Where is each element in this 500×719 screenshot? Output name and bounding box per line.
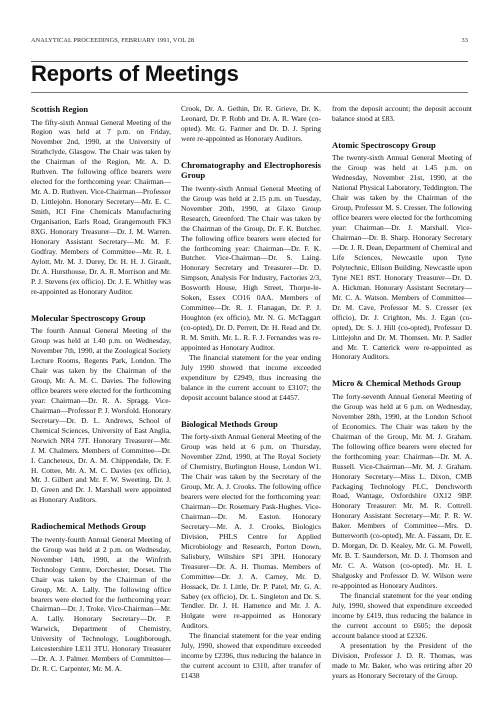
page-title: Reports of Meetings [31, 61, 239, 87]
section-heading: Biological Methods Group [181, 419, 321, 430]
section-scottish-region: Scottish Region The fifty-sixth Annual G… [31, 104, 171, 297]
section-heading: Chromatography and Electrophoresis Group [181, 160, 321, 181]
paragraph: The fifty-sixth Annual General Meeting o… [31, 118, 171, 297]
section-heading: Micro & Chemical Methods Group [332, 378, 472, 389]
paragraph: The financial statement for the year end… [181, 353, 321, 403]
section-heading: Radiochemical Methods Group [31, 521, 171, 532]
section-micro-chemical-methods: Micro & Chemical Methods Group The forty… [332, 378, 472, 680]
column-2: Crook, Dr. A. Gethin, Dr. R. Grieve, Dr.… [181, 104, 321, 692]
paragraph: The twenty-sixth Annual General Meeting … [181, 184, 321, 353]
section-radiochemical-methods: Radiochemical Methods Group The twenty-f… [31, 521, 171, 674]
paragraph: The financial statement for the year end… [332, 591, 472, 641]
section-heading: Scottish Region [31, 104, 171, 115]
section-molecular-spectroscopy: Molecular Spectroscopy Group The fourth … [31, 313, 171, 506]
section-biological-continued: from the deposit account; the deposit ac… [332, 104, 472, 124]
paragraph: The twenty-fourth Annual General Meeting… [31, 535, 171, 674]
section-chromatography-electrophoresis: Chromatography and Electrophoresis Group… [181, 160, 321, 403]
paragraph: The twenty-sixth Annual General Meeting … [332, 153, 472, 362]
paragraph: The fourth Annual General Meeting of the… [31, 326, 171, 505]
section-radiochemical-continued: Crook, Dr. A. Gethin, Dr. R. Grieve, Dr.… [181, 104, 321, 144]
paragraph: from the deposit account; the deposit ac… [332, 104, 472, 124]
paragraph: Crook, Dr. A. Gethin, Dr. R. Grieve, Dr.… [181, 104, 321, 144]
section-heading: Molecular Spectroscopy Group [31, 313, 171, 324]
title-rule [31, 92, 468, 93]
paragraph: The forty-sixth Annual General Meeting o… [181, 432, 321, 631]
section-heading: Atomic Spectroscopy Group [332, 140, 472, 151]
paragraph: The financial statement for the year end… [181, 631, 321, 681]
section-atomic-spectroscopy: Atomic Spectroscopy Group The twenty-six… [332, 140, 472, 363]
page-number: 33 [462, 37, 469, 44]
column-3: from the deposit account; the deposit ac… [332, 104, 472, 692]
section-biological-methods: Biological Methods Group The forty-sixth… [181, 419, 321, 681]
paragraph: A presentation by the President of the D… [332, 641, 472, 681]
running-head: ANALYTICAL PROCEEDINGS, FEBRUARY 1991, V… [31, 37, 468, 44]
journal-citation: ANALYTICAL PROCEEDINGS, FEBRUARY 1991, V… [31, 37, 194, 44]
column-1: Scottish Region The fifty-sixth Annual G… [31, 104, 171, 685]
paragraph: The forty-seventh Annual General Meeting… [332, 392, 472, 591]
